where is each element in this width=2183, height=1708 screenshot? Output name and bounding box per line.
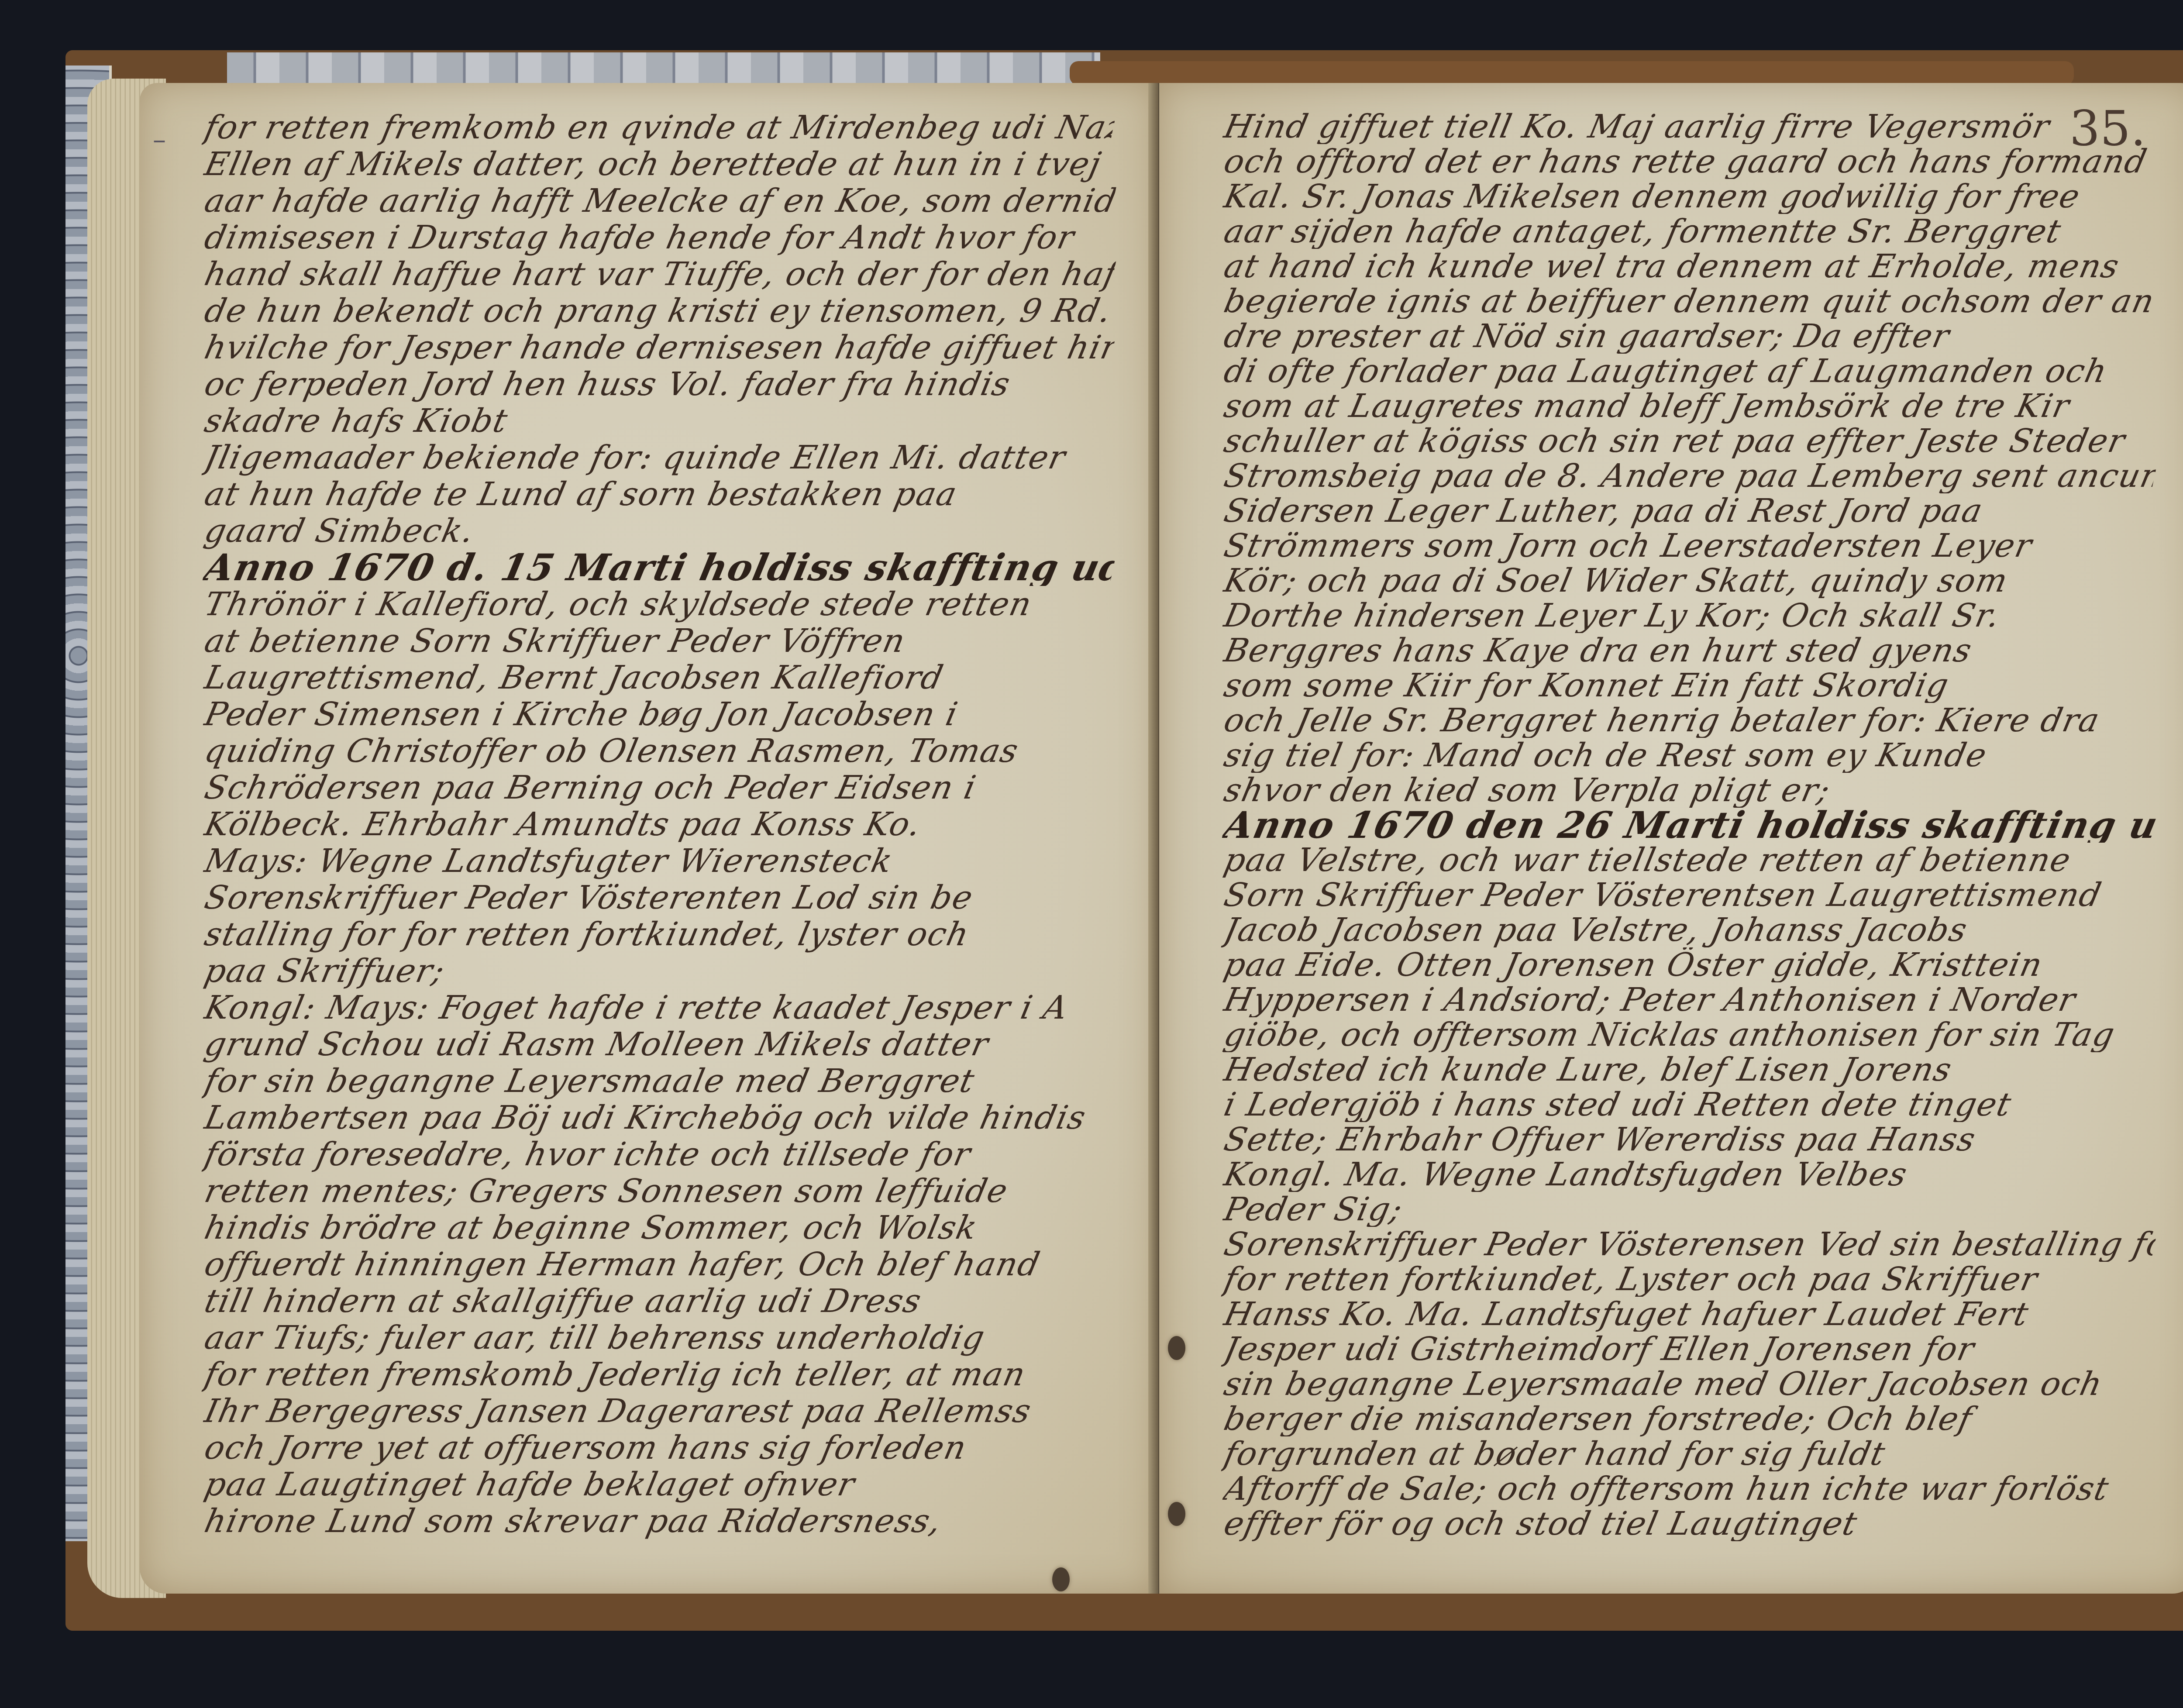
manuscript-line: de hun bekendt och prang kristi ey tiens… — [201, 293, 1117, 329]
manuscript-line: berger die misandersen forstrede; Och bl… — [1221, 1402, 2158, 1436]
manuscript-line: paa Skriffuer; — [201, 953, 1117, 989]
manuscript-line: Peder Simensen i Kirche bøg Jon Jacobsen… — [201, 696, 1117, 733]
manuscript-line: Stromsbeig paa de 8. Andere paa Lemberg … — [1221, 458, 2158, 493]
manuscript-line: hvilche for Jesper hande dernisesen hafd… — [201, 329, 1117, 366]
manuscript-line: skadre hafs Kiobt — [201, 403, 1117, 439]
manuscript-line: paa Laugtinget hafde beklaget ofnver — [201, 1466, 1117, 1503]
manuscript-line: giöbe, och offtersom Nicklas anthonisen … — [1221, 1017, 2158, 1052]
manuscript-line: aar hafde aarlig hafft Meelcke af en Koe… — [201, 183, 1117, 219]
manuscript-line: Kongl. Ma. Wegne Landtsfugden Velbes — [1221, 1157, 2158, 1192]
paper-damage-hole — [1168, 1336, 1185, 1360]
manuscript-line: Laugrettismend, Bernt Jacobsen Kallefior… — [201, 659, 1117, 696]
manuscript-line: som some Kiir for Konnet Ein fatt Skordi… — [1221, 668, 2158, 703]
manuscript-line: gaard Simbeck. — [201, 513, 1117, 549]
manuscript-line: Ellen af Mikels datter, och berettede at… — [201, 146, 1117, 183]
manuscript-line: till hindern at skallgiffue aarlig udi D… — [201, 1283, 1117, 1319]
manuscript-line: Kal. Sr. Jonas Mikelsen dennem godwillig… — [1221, 179, 2158, 214]
manuscript-line: och Jelle Sr. Berggret henrig betaler fo… — [1221, 703, 2158, 738]
manuscript-line: paa Eide. Otten Jorensen Öster gidde, Kr… — [1221, 947, 2158, 982]
manuscript-line: offuerdt hinningen Herman hafer, Och ble… — [201, 1246, 1117, 1283]
manuscript-line: grund Schou udi Rasm Molleen Mikels datt… — [201, 1026, 1117, 1063]
manuscript-line: at hand ich kunde wel tra dennem at Erho… — [1221, 249, 2158, 284]
manuscript-line: dre prester at Nöd sin gaardser; Da efft… — [1221, 319, 2158, 354]
manuscript-line: Sorenskriffuer Peder Vösterenten Lod sin… — [201, 879, 1117, 916]
manuscript-line: Strömmers som Jorn och Leerstadersten Le… — [1221, 528, 2158, 563]
manuscript-line: Dorthe hindersen Leyer Ly Kor; Och skall… — [1221, 598, 2158, 633]
manuscript-line: Aftorff de Sale; och offtersom hun ichte… — [1221, 1471, 2158, 1506]
manuscript-line: Jesper udi Gistrheimdorf Ellen Jorensen … — [1221, 1332, 2158, 1367]
manuscript-line: Hyppersen i Andsiord; Peter Anthonisen i… — [1221, 982, 2158, 1017]
margin-mark: – — [153, 124, 166, 155]
manuscript-line: Peder Sig; — [1221, 1192, 2158, 1227]
manuscript-line: Kölbeck. Ehrbahr Amundts paa Konss Ko. — [201, 806, 1117, 843]
manuscript-line: for retten fremkomb en qvinde at Mirdenb… — [201, 109, 1117, 146]
manuscript-line: paa Velstre, och war tiellstede retten a… — [1221, 843, 2158, 878]
manuscript-line: Jacob Jacobsen paa Velstre, Johanss Jaco… — [1221, 913, 2158, 947]
manuscript-line: for retten fremskomb Jederlig ich teller… — [201, 1356, 1117, 1393]
manuscript-line: sig tiel for: Mand och de Rest som ey Ku… — [1221, 738, 2158, 773]
manuscript-line: Berggres hans Kaye dra en hurt sted gyen… — [1221, 633, 2158, 668]
manuscript-line: hand skall haffue hart var Tiuffe, och d… — [201, 256, 1117, 293]
manuscript-line: dimisesen i Durstag hafde hende for Andt… — [201, 219, 1117, 256]
manuscript-line: shvor den kied som Verpla pligt er; — [1221, 773, 2158, 808]
manuscript-line: forgrunden at bøder hand for sig fuldt — [1221, 1436, 2158, 1471]
manuscript-line: och Jorre yet at offuersom hans sig forl… — [201, 1429, 1117, 1466]
manuscript-line: och offtord det er hans rette gaard och … — [1221, 144, 2158, 179]
left-page-text: for retten fremkomb en qvinde at Mirdenb… — [205, 109, 1113, 1539]
manuscript-line: Hanss Ko. Ma. Landtsfuget hafuer Laudet … — [1221, 1297, 2158, 1332]
left-page: – for retten fremkomb en qvinde at Mirde… — [140, 83, 1157, 1594]
manuscript-line: schuller at kögiss och sin ret paa effte… — [1221, 424, 2158, 458]
manuscript-line: Sidersen Leger Luther, paa di Rest Jord … — [1221, 493, 2158, 528]
manuscript-line: hirone Lund som skrevar paa Riddersness, — [201, 1503, 1117, 1539]
manuscript-line: aar Tiufs; fuler aar, till behrenss unde… — [201, 1319, 1117, 1356]
entry-heading: Anno 1670 den 26 Marti holdiss skaffting… — [1221, 808, 2158, 843]
manuscript-line: Hind giffuet tiell Ko. Maj aarlig firre … — [1221, 109, 2158, 144]
manuscript-line: Sorenskriffuer Peder Vösterensen Ved sin… — [1221, 1227, 2158, 1262]
manuscript-line: Kongl: Mays: Foget hafde i rette kaadet … — [201, 989, 1117, 1026]
manuscript-line: Sette; Ehrbahr Offuer Wererdiss paa Hans… — [1221, 1122, 2158, 1157]
paper-damage-hole — [1052, 1567, 1070, 1591]
manuscript-line: hindis brödre at beginne Sommer, och Wol… — [201, 1209, 1117, 1246]
manuscript-line: Hedsted ich kunde Lure, blef Lisen Joren… — [1221, 1052, 2158, 1087]
leather-spine-top — [1070, 61, 2074, 85]
manuscript-line: quiding Christoffer ob Olensen Rasmen, T… — [201, 733, 1117, 769]
manuscript-line: at betienne Sorn Skriffuer Peder Vöffren — [201, 623, 1117, 659]
manuscript-line: Jligemaader bekiende for: quinde Ellen M… — [201, 439, 1117, 476]
manuscript-line: första foreseddre, hvor ichte och tillse… — [201, 1136, 1117, 1173]
manuscript-line: i Ledergjöb i hans sted udi Retten dete … — [1221, 1087, 2158, 1122]
manuscript-line: begierde ignis at beiffuer dennem quit o… — [1221, 284, 2158, 319]
entry-heading: Anno 1670 d. 15 Marti holdiss skaffting … — [201, 549, 1117, 586]
manuscript-line: sin begangne Leyersmaale med Oller Jacob… — [1221, 1367, 2158, 1402]
manuscript-line: Sorn Skriffuer Peder Vösterentsen Laugre… — [1221, 878, 2158, 913]
manuscript-line: stalling for for retten fortkiundet, lys… — [201, 916, 1117, 953]
right-page: 35. Hind giffuet tiell Ko. Maj aarlig fi… — [1159, 83, 2183, 1594]
manuscript-line: Lambertsen paa Böj udi Kirchebög och vil… — [201, 1099, 1117, 1136]
manuscript-line: effter för og och stod tiel Laugtinget — [1221, 1506, 2158, 1541]
manuscript-line: at hun hafde te Lund af sorn bestakken p… — [201, 476, 1117, 513]
paper-damage-hole — [1168, 1502, 1185, 1526]
manuscript-line: Kör; och paa di Soel Wider Skatt, quindy… — [1221, 563, 2158, 598]
marbled-board-top — [227, 52, 1100, 83]
manuscript-line: aar sijden hafde antaget, formentte Sr. … — [1221, 214, 2158, 249]
right-page-text: Hind giffuet tiell Ko. Maj aarlig firre … — [1225, 109, 2155, 1541]
manuscript-line: Thrönör i Kallefiord, och skyldsede sted… — [201, 586, 1117, 623]
manuscript-line: Schrödersen paa Berning och Peder Eidsen… — [201, 769, 1117, 806]
manuscript-line: retten mentes; Gregers Sonnesen som leff… — [201, 1173, 1117, 1209]
manuscript-line: Mays: Wegne Landtsfugter Wierensteck — [201, 843, 1117, 879]
manuscript-line: for sin begangne Leyersmaale med Berggre… — [201, 1063, 1117, 1099]
manuscript-line: som at Laugretes mand bleff Jembsörk de … — [1221, 389, 2158, 424]
manuscript-line: di ofte forlader paa Laugtinget af Laugm… — [1221, 354, 2158, 389]
manuscript-line: oc ferpeden Jord hen huss Vol. fader fra… — [201, 366, 1117, 403]
manuscript-line: Ihr Bergegress Jansen Dagerarest paa Rel… — [201, 1393, 1117, 1429]
manuscript-line: for retten fortkiundet, Lyster och paa S… — [1221, 1262, 2158, 1297]
